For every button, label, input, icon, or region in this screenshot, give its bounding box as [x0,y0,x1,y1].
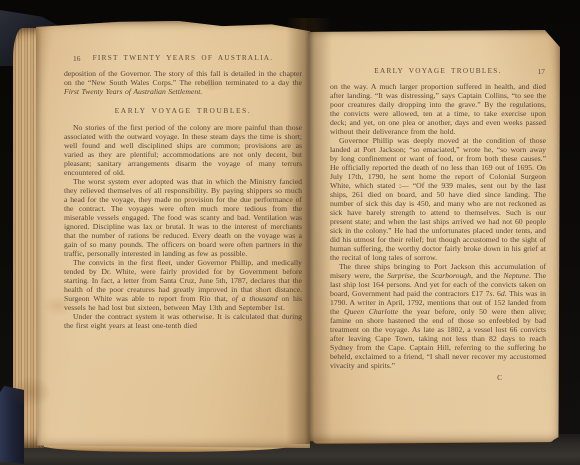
right-page-text: on the way. A much larger proportion suf… [330,82,546,382]
signature-mark: C [330,373,546,382]
paragraph: No stories of the first period of the co… [64,123,302,177]
running-header-right-text: EARLY VOYAGE TROUBLES. [374,67,501,75]
running-header-left-text: FIRST TWENTY YEARS OF AUSTRALIA. [93,54,274,62]
left-page: 16 FIRST TWENTY YEARS OF AUSTRALIA. depo… [36,21,310,448]
paragraph: Governor Phillip was deeply moved at the… [330,136,546,262]
right-page: EARLY VOYAGE TROUBLES. 17 on the way. A … [308,30,560,442]
book-cover-edge [0,386,24,464]
section-heading: EARLY VOYAGE TROUBLES. [64,106,302,115]
paragraph-continuation: deposition of the Governor. The story of… [64,69,302,96]
paragraph: The convicts in the first fleet, under G… [64,258,302,312]
open-book-photo: 16 FIRST TWENTY YEARS OF AUSTRALIA. depo… [0,0,580,465]
page-number-right: 17 [538,67,545,76]
page-number-left: 16 [73,54,80,63]
left-page-text: deposition of the Governor. The story of… [64,69,302,330]
paragraph: The three ships bringing to Port Jackson… [330,262,546,370]
running-header-left: 16 FIRST TWENTY YEARS OF AUSTRALIA. [64,54,302,62]
paragraph-continuation: on the way. A much larger proportion suf… [330,82,546,136]
paragraph: Under the contract system it was otherwi… [64,312,302,330]
paragraph: The worst system ever adopted was that i… [64,177,302,258]
running-header-right: EARLY VOYAGE TROUBLES. 17 [330,67,546,75]
